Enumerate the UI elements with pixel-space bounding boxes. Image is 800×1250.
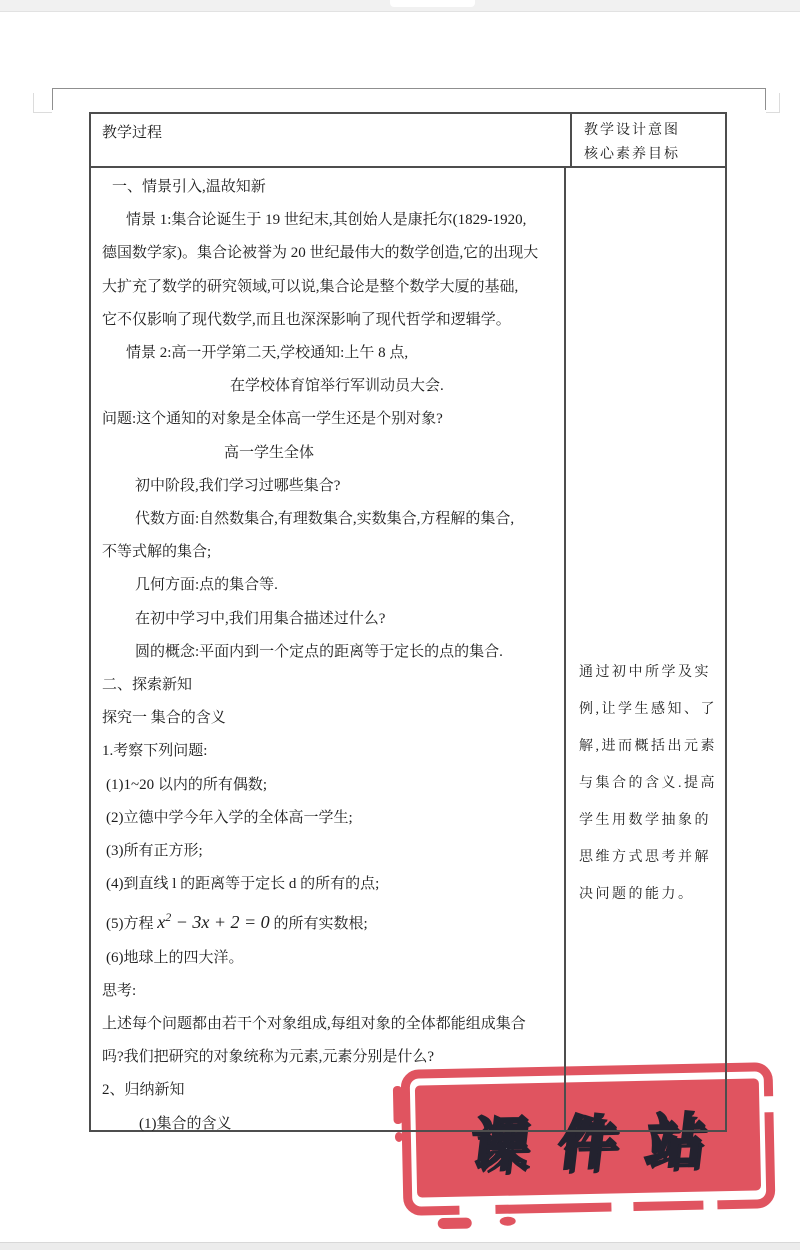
intent-text-line: 例,让学生感知、了 — [579, 691, 717, 728]
text-line: 德国数学家)。集合论被誉为 20 世纪最伟大的数学创造,它的出现大 — [102, 237, 556, 270]
intent-text-line: 通过初中所学及实 — [579, 654, 717, 691]
table-header-row: 教学过程 教学设计意图 核心素养目标 — [91, 114, 725, 168]
window-bottom-edge — [0, 1242, 800, 1250]
intent-text-line: 决问题的能力。 — [579, 876, 717, 913]
design-intent-cell: 通过初中所学及实 例,让学生感知、了 解,进而概括出元素 与集合的含义.提高 学… — [566, 168, 725, 1130]
header-cell-teaching-process: 教学过程 — [91, 114, 572, 166]
table-body-row: 一、情景引入,温故知新 情景 1:集合论诞生于 19 世纪末,其创始人是康托尔(… — [91, 168, 725, 1130]
lesson-plan-table: 教学过程 教学设计意图 核心素养目标 一、情景引入,温故知新 情景 1:集合论诞… — [89, 112, 727, 1132]
text-line: (1)集合的含义 — [102, 1108, 556, 1141]
document-page: 课件站 教学过程 教学设计意图 核心素养目标 一、情景引入,温故知新 情景 1:… — [0, 0, 800, 1250]
text-line: 几何方面:点的集合等. — [102, 569, 556, 602]
process-text-block-b: (6)地球上的四大洋。 思考: 上述每个问题都由若干个对象组成,每组对象的全体都… — [102, 942, 556, 1141]
text-line: 不等式解的集合; — [102, 536, 556, 569]
text-line: (1)1~20 以内的所有偶数; — [102, 769, 556, 802]
quadratic-equation: x2 − 3x + 2 = 0 — [157, 912, 269, 932]
margin-crop-mark-right — [766, 93, 780, 113]
design-intent-label: 教学设计意图 — [584, 119, 717, 143]
text-line: 二、探索新知 — [102, 669, 556, 702]
text-line: 大扩充了数学的研究领域,可以说,集合论是整个数学大厦的基础, — [102, 271, 556, 304]
text-line: 上述每个问题都由若干个对象组成,每组对象的全体都能组成集合 — [102, 1008, 556, 1041]
text-line: 思考: — [102, 975, 556, 1008]
equation-line: (5)方程 x2 − 3x + 2 = 0 的所有实数根; — [102, 901, 556, 941]
text-line: 探究一 集合的含义 — [102, 702, 556, 735]
text-line: 2、归纳新知 — [102, 1074, 556, 1107]
intent-text-line: 学生用数学抽象的 — [579, 802, 717, 839]
text-line: (3)所有正方形; — [102, 835, 556, 868]
intent-text-line: 思维方式思考并解 — [579, 839, 717, 876]
intent-text-line: 解,进而概括出元素 — [579, 728, 717, 765]
text-line: (4)到直线 l 的距离等于定长 d 的所有的点; — [102, 868, 556, 901]
window-top-notch — [390, 0, 475, 7]
teaching-process-label: 教学过程 — [102, 125, 162, 141]
text-line: (2)立德中学今年入学的全体高一学生; — [102, 802, 556, 835]
text-line: 情景 2:高一开学第二天,学校通知:上午 8 点, — [102, 337, 556, 370]
page-boundary-line — [52, 88, 766, 89]
margin-crop-mark-left — [33, 93, 52, 113]
text-line: 它不仅影响了现代数学,而且也深深影响了现代哲学和逻辑学。 — [102, 304, 556, 337]
text-line: 初中阶段,我们学习过哪些集合? — [102, 470, 556, 503]
text-line: 一、情景引入,温故知新 — [102, 171, 556, 204]
process-text-block-a: 一、情景引入,温故知新 情景 1:集合论诞生于 19 世纪末,其创始人是康托尔(… — [102, 171, 556, 901]
header-cell-design-intent: 教学设计意图 核心素养目标 — [572, 114, 725, 166]
text-line: 高一学生全体 — [102, 437, 556, 470]
intent-text-line: 与集合的含义.提高 — [579, 765, 717, 802]
text-line: 1.考察下列问题: — [102, 735, 556, 768]
text-line: 在初中学习中,我们用集合描述过什么? — [102, 603, 556, 636]
page-boundary-tick-left — [52, 88, 53, 110]
text-line: (6)地球上的四大洋。 — [102, 942, 556, 975]
text-line: 吗?我们把研究的对象统称为元素,元素分别是什么? — [102, 1041, 556, 1074]
text-line: 情景 1:集合论诞生于 19 世纪末,其创始人是康托尔(1829-1920, — [102, 204, 556, 237]
teaching-process-cell: 一、情景引入,温故知新 情景 1:集合论诞生于 19 世纪末,其创始人是康托尔(… — [91, 168, 566, 1130]
text-line: 圆的概念:平面内到一个定点的距离等于定长的点的集合. — [102, 636, 556, 669]
core-literacy-label: 核心素养目标 — [584, 143, 717, 167]
text-line: 代数方面:自然数集合,有理数集合,实数集合,方程解的集合, — [102, 503, 556, 536]
text-line: 在学校体育馆举行军训动员大会. — [102, 370, 556, 403]
text-line: 问题:这个通知的对象是全体高一学生还是个别对象? — [102, 403, 556, 436]
